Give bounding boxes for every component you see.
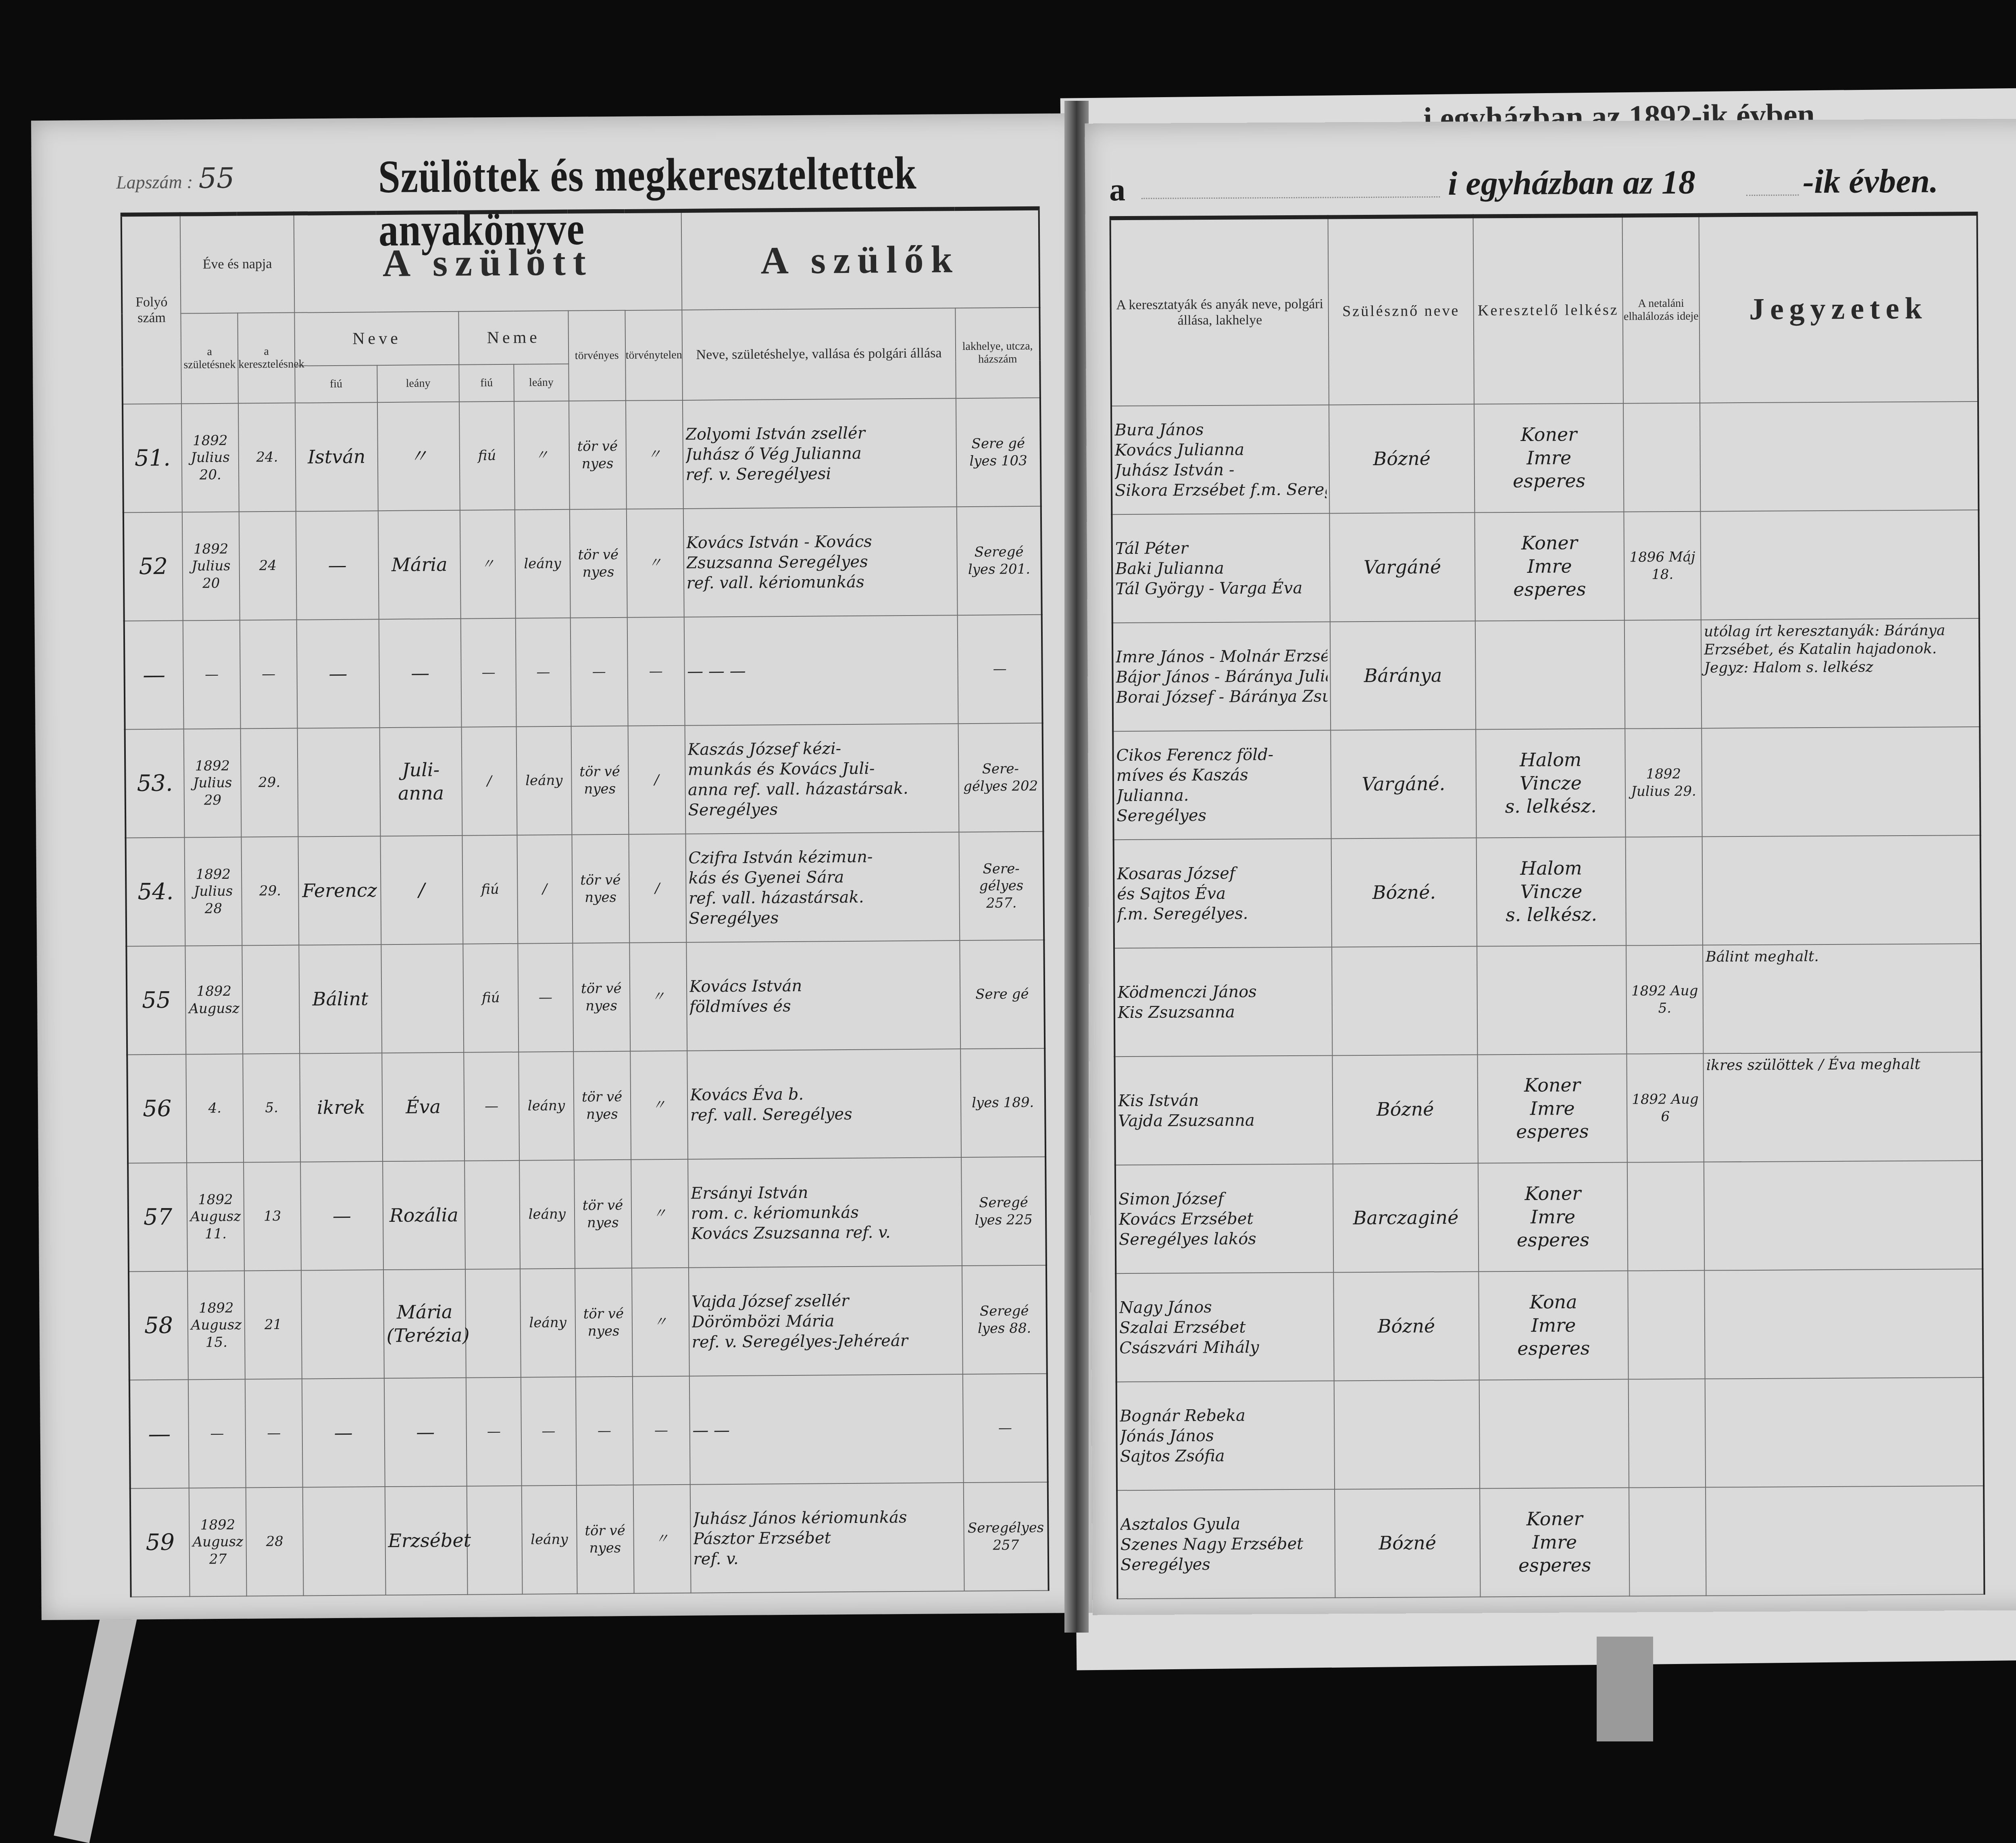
godparents-line: Nagy János: [1119, 1296, 1331, 1318]
parents-line: Dörömbözi Mária: [691, 1310, 960, 1332]
header-neve-fiu: fiú: [295, 365, 377, 403]
godparents-line: Tál Péter: [1115, 537, 1327, 559]
parents-line: Pásztor Erzsébet: [693, 1527, 961, 1549]
sex-boy: fiú: [463, 944, 519, 1053]
parents-line: anna ref. vall. házastársak.: [688, 778, 956, 800]
godparents-line: Bognár Rebeka: [1120, 1405, 1331, 1426]
residence: Sere-gélyes 202: [958, 723, 1043, 832]
godparents-line: Simon József: [1118, 1188, 1330, 1209]
parents-line: ref. vall. kériomunkás: [686, 571, 954, 593]
child-name-girl: /: [380, 836, 463, 944]
baptizing-priest: [1477, 946, 1627, 1055]
child-name-boy: —: [297, 619, 379, 728]
baptizing-priest-line: Imre: [1483, 1530, 1627, 1554]
baptizing-priest: KonerImreesperes: [1478, 1163, 1628, 1272]
header-kereszelo: Keresztelő lelkész: [1473, 216, 1623, 404]
godparents-line: és Sajtos Éva: [1117, 883, 1329, 904]
godparents: Ködmenczi JánosKis Zsuzsanna: [1114, 947, 1332, 1057]
parents-line: Kovács István - Kovács: [686, 531, 954, 553]
baptism-date: [242, 945, 300, 1054]
sex-girl: —: [516, 618, 571, 727]
death-date: 1896 Máj 18.: [1624, 512, 1701, 620]
child-name-boy: [298, 728, 380, 836]
sex-girl: leány: [520, 1269, 576, 1377]
godparents-line: Tál György - Varga Éva: [1115, 578, 1327, 599]
godparent-row: Bura JánosKovács JuliannaJuhász István -…: [1111, 401, 1979, 514]
sex-girl: leány: [522, 1485, 577, 1594]
parents-line: ref. vall. Seregélyes: [690, 1103, 958, 1125]
parents-line: ref. v.: [693, 1547, 961, 1569]
left-page-header: Lapszám :55 Szülöttek és megkereszteltet…: [31, 137, 1084, 193]
sex-girl: leány: [519, 1052, 574, 1161]
notes: [1704, 1161, 1983, 1271]
entry-number: 58: [129, 1271, 188, 1380]
godparents-line: Kosaras József: [1117, 863, 1329, 884]
parents: Kovács Istvánföldmíves és: [686, 940, 960, 1051]
sex-boy: [465, 1269, 521, 1378]
child-name-boy: —: [296, 511, 379, 620]
godparent-row: Bognár RebekaJónás JánosSajtos Zsófia: [1116, 1377, 1984, 1490]
midwife: Bózné: [1333, 1272, 1479, 1381]
godparents: Nagy JánosSzalai ErzsébetCsászvári Mihál…: [1116, 1272, 1334, 1382]
godparents-line: Jónás János: [1120, 1425, 1331, 1446]
child-name-girl: Erzsébet: [385, 1486, 467, 1595]
baptizing-priest-line: esperes: [1483, 1554, 1627, 1577]
notes: Bálint meghalt.: [1703, 944, 1981, 1054]
godparents-line: Sajtos Zsófia: [1120, 1445, 1332, 1466]
sex-boy: /: [462, 727, 517, 836]
birth-date: 1892 Julius 29: [184, 729, 242, 838]
header-a-szulok: A szülők: [681, 208, 1039, 310]
residence: Seregé lyes 88.: [962, 1265, 1047, 1374]
midwife: Bózné: [1329, 404, 1475, 514]
godparents-line: Szenes Nagy Erzsébet: [1120, 1533, 1332, 1555]
entry-number: —: [124, 621, 184, 730]
entry-number: 55: [126, 946, 186, 1055]
illegitimate: 〃: [632, 1268, 689, 1377]
birth-date: —: [183, 620, 241, 729]
godparents-line: Vajda Zsuzsanna: [1118, 1110, 1330, 1131]
parents-line: kás és Gyenei Sára: [689, 866, 957, 888]
legitimate: tör vé nyes: [572, 834, 629, 943]
header-keresztelesnek: a keresztelésnek: [237, 313, 295, 404]
header-folyo-szam: Folyó szám: [121, 214, 181, 404]
child-name-boy: István: [295, 402, 378, 511]
parents: Zolyomi István zsellérJuhász ő Vég Julia…: [682, 398, 956, 509]
child-name-boy: ikrek: [300, 1053, 382, 1162]
godparents-line: Seregélyes lakós: [1119, 1228, 1331, 1250]
parents-line: Kovács Éva b.: [690, 1083, 958, 1105]
sex-girl: leány: [515, 510, 571, 618]
baptizing-priest-line: esperes: [1481, 1120, 1624, 1144]
residence: Sere gé lyes 103: [956, 398, 1041, 507]
baptizing-priest-line: Koner: [1483, 1507, 1626, 1531]
parents: — — —: [684, 615, 958, 726]
register-row: 51.1892 Julius 20.24.István〃fiú〃tör vé n…: [123, 398, 1041, 513]
notes: [1700, 510, 1979, 620]
header-neme: Neme: [459, 311, 569, 365]
birth-date: —: [188, 1379, 246, 1488]
child-name-boy: [301, 1270, 384, 1379]
godparents: Bura JánosKovács JuliannaJuhász István -…: [1111, 405, 1329, 514]
header-szuleszno: Szülésznő neve: [1328, 216, 1474, 405]
header-a-szulott: A szülött: [294, 211, 682, 313]
birth-date: 1892 Augusz 11.: [187, 1163, 244, 1271]
midwife: Vargáné.: [1331, 730, 1476, 839]
child-name-boy: [303, 1487, 385, 1595]
baptizing-priest: [1475, 620, 1625, 730]
parents: — —: [689, 1374, 963, 1485]
death-date: 1892 Julius 29.: [1625, 728, 1702, 837]
header-elhalalozas: A netaláni elhalálozás ideje: [1622, 215, 1700, 404]
residence: Sere-gélyes 257.: [959, 832, 1044, 940]
parents-line: Juhász János kériomunkás: [693, 1507, 961, 1529]
godparent-row: Cikos Ferencz föld-míves és KaszásJulian…: [1113, 727, 1980, 840]
child-name-girl: Rozália: [383, 1161, 465, 1270]
notes: [1700, 401, 1979, 512]
godparent-row: Tál PéterBaki JuliannaTál György - Varga…: [1112, 510, 1979, 623]
right-register-body: Bura JánosKovács JuliannaJuhász István -…: [1111, 401, 1984, 1599]
godparents-line: Bura János: [1114, 419, 1326, 440]
midwife: [1334, 1380, 1480, 1489]
sex-girl: leány: [516, 726, 572, 835]
death-date: [1623, 403, 1700, 512]
header-keresztszulok: A keresztatyák és anyák neve, polgári ál…: [1110, 217, 1329, 406]
baptizing-priest: HalomVinczes. lelkész.: [1476, 729, 1625, 838]
sex-boy: 〃: [460, 510, 516, 619]
entry-number: 57: [128, 1163, 187, 1272]
illegitimate: 〃: [629, 942, 687, 1051]
header-neme-fiu: fiú: [459, 364, 514, 402]
legitimate: —: [570, 618, 628, 726]
godparents-line: Asztalos Gyula: [1120, 1513, 1332, 1535]
baptizing-priest-line: Vincze: [1479, 771, 1622, 795]
header-neve: Neve: [294, 312, 459, 366]
parents-line: Ersányi István: [691, 1182, 959, 1204]
baptizing-priest-line: Imre: [1477, 446, 1621, 470]
header-torvenytelen: törvénytelen: [625, 310, 683, 401]
birth-date: 1892 Julius 20.: [181, 404, 239, 512]
baptizing-priest-line: Koner: [1481, 1182, 1624, 1206]
godparents-line: Cikos Ferencz föld-: [1116, 744, 1328, 765]
child-name-boy: Ferencz: [298, 836, 381, 945]
birth-date: 1892 Augusz: [185, 946, 243, 1055]
left-register-body: 51.1892 Julius 20.24.István〃fiú〃tör vé n…: [123, 398, 1049, 1597]
godparents-line: Seregélyes: [1116, 805, 1328, 826]
entry-number: 59: [130, 1488, 190, 1597]
residence: lyes 189.: [960, 1048, 1045, 1157]
child-name-girl: 〃: [377, 402, 460, 511]
godparents-line: Borai József - Báránya Zsuzsanna földmív…: [1116, 686, 1328, 707]
parents-line: — —: [692, 1419, 960, 1441]
header-lakhelye: lakhelye, utcza, házszám: [955, 308, 1040, 398]
parents: Kovács Éva b.ref. vall. Seregélyes: [687, 1049, 961, 1159]
midwife: Bózné: [1335, 1489, 1480, 1598]
notes: ikres szülöttek / Éva meghalt: [1703, 1052, 1982, 1162]
parents-line: — — —: [687, 659, 955, 682]
baptizing-priest-line: Halom: [1479, 857, 1623, 880]
parents-line: Zolyomi István zsellér: [685, 422, 954, 445]
register-row: 521892 Julius 2024—Mária〃leánytör vé nye…: [123, 506, 1042, 621]
notes: [1704, 1269, 1983, 1379]
sex-girl: —: [521, 1377, 577, 1486]
birth-register-table: Folyó szám Éve és napja A szülött A szül…: [121, 206, 1050, 1598]
sex-boy: fiú: [462, 835, 518, 944]
parents-line: Seregélyes: [689, 907, 957, 929]
godparents: Kis IstvánVajda Zsuzsanna: [1114, 1055, 1333, 1165]
godparents: Imre János - Molnár ErzsébetBájor János …: [1112, 622, 1331, 731]
godparents-line: Bájor János - Báránya Julianna: [1116, 666, 1327, 687]
death-date: [1627, 1162, 1704, 1271]
baptism-date: 29.: [241, 728, 298, 837]
entry-number: 56: [127, 1055, 187, 1163]
birth-date: 1892 Augusz 15.: [187, 1271, 245, 1380]
residence: —: [958, 615, 1043, 724]
legitimate: tör vé nyes: [569, 401, 627, 510]
godparent-row: Ködmenczi JánosKis Zsuzsanna1892 Aug 5.B…: [1114, 944, 1981, 1057]
godparents: Cikos Ferencz föld-míves és KaszásJulian…: [1113, 730, 1331, 840]
baptizing-priest: [1479, 1379, 1629, 1489]
register-row: 571892 Augusz 11.13—Rozálialeánytör vé n…: [128, 1157, 1046, 1272]
sex-boy: fiú: [459, 401, 515, 510]
midwife: Vargáné: [1329, 513, 1475, 622]
sex-girl: leány: [519, 1160, 575, 1269]
baptizing-priest: KonerImreesperes: [1475, 512, 1624, 621]
child-name-girl: Éva: [382, 1053, 464, 1161]
parents: Kaszás József kézi-munkás és Kovács Juli…: [685, 724, 959, 834]
death-date: [1629, 1487, 1706, 1596]
entry-number: —: [129, 1380, 189, 1489]
godparents: Tál PéterBaki JuliannaTál György - Varga…: [1112, 513, 1330, 623]
illegitimate: 〃: [633, 1485, 691, 1593]
legitimate: tör vé nyes: [569, 509, 627, 618]
baptism-date: 13: [244, 1162, 301, 1271]
death-date: [1624, 620, 1702, 729]
baptism-date: 21: [244, 1271, 302, 1379]
sex-boy: [464, 1161, 520, 1269]
godparent-row: Simon JózsefKovács ErzsébetSeregélyes la…: [1115, 1161, 1983, 1273]
godparents: Kosaras Józsefés Sajtos Évaf.m. Seregély…: [1114, 838, 1332, 948]
parents-line: ref. v. Seregélyes-Jehéreár: [692, 1330, 960, 1352]
title-prefix: a: [1109, 172, 1125, 208]
child-name-girl: —: [384, 1378, 467, 1487]
baptizing-priest-line: esperes: [1482, 1337, 1625, 1360]
baptizing-priest-line: Imre: [1482, 1313, 1625, 1337]
register-row: 581892 Augusz 15.21Mária (Terézia)leányt…: [129, 1265, 1047, 1380]
baptizing-priest: HalomVinczes. lelkész.: [1477, 837, 1626, 946]
legitimate: tör vé nyes: [573, 1051, 631, 1160]
sex-girl: 〃: [514, 401, 570, 510]
baptizing-priest-line: esperes: [1478, 578, 1621, 601]
residence: Seregélyes 257: [964, 1482, 1049, 1591]
godparents-line: Seregélyes: [1120, 1554, 1332, 1575]
parents-line: rom. c. kériomunkás: [691, 1202, 959, 1224]
register-row: 53.1892 Julius 2929.Juli-anna/leánytör v…: [125, 723, 1043, 838]
residence: Seregé lyes 201.: [957, 506, 1042, 615]
baptism-date: —: [240, 620, 298, 729]
child-name-girl: Mária (Terézia): [383, 1269, 466, 1378]
baptizing-priest-line: Kona: [1482, 1290, 1625, 1314]
baptizing-priest-line: Imre: [1481, 1205, 1624, 1229]
parents-line: Vajda József zsellér: [691, 1290, 960, 1312]
midwife: Barczaginé: [1333, 1163, 1479, 1273]
godparents-line: Kovács Erzsébet: [1118, 1208, 1330, 1229]
godparent-row: Imre János - Molnár ErzsébetBájor János …: [1112, 618, 1980, 731]
notes: [1706, 1486, 1984, 1596]
parents-line: Juhász ő Vég Julianna: [685, 443, 954, 465]
parents-line: Kovács István: [689, 975, 957, 997]
legitimate: tör vé nyes: [571, 726, 629, 835]
godparents: Asztalos GyulaSzenes Nagy ErzsébetSeregé…: [1117, 1489, 1335, 1599]
illegitimate: —: [632, 1376, 690, 1485]
parents-line: Seregélyes: [688, 798, 956, 820]
header-neme-leany: leány: [514, 364, 569, 401]
birth-date: 1892 Augusz 27: [189, 1488, 247, 1597]
birth-date: 4.: [186, 1054, 244, 1163]
baptizing-priest-line: Imre: [1481, 1096, 1624, 1120]
book-spine: [1064, 101, 1089, 1633]
notes: [1705, 1377, 1984, 1487]
godparents-line: míves és Kaszás: [1116, 764, 1328, 786]
baptizing-priest: KonerImreesperes: [1480, 1488, 1629, 1597]
godparents-line: Kis Zsuzsanna: [1118, 1001, 1329, 1023]
child-name-girl: [381, 944, 464, 1053]
residence: Seregé lyes 225: [961, 1157, 1046, 1266]
child-name-boy: —: [300, 1161, 383, 1270]
baptizing-priest: KonaImreesperes: [1479, 1271, 1628, 1380]
godparents-line: Juhász István -: [1115, 459, 1327, 481]
legitimate: tör vé nyes: [575, 1268, 633, 1377]
midwife: [1332, 946, 1477, 1056]
child-name-boy: Bálint: [299, 944, 381, 1053]
header-jegyzetek: Jegyzetek: [1699, 214, 1978, 403]
title-church-year: i egyházban az 18: [1448, 163, 1695, 203]
baptizing-priest-line: [1480, 1000, 1624, 1001]
baptizing-priest-line: Koner: [1478, 531, 1621, 555]
midwife: Bózné.: [1331, 838, 1477, 947]
godparents-line: Baki Julianna: [1115, 557, 1327, 579]
notes: [1702, 727, 1980, 837]
parents-line: földmíves és: [689, 995, 958, 1017]
header-eve-es-napja: Éve és napja: [180, 214, 295, 314]
baptizing-priest-line: Koner: [1481, 1073, 1624, 1097]
sex-boy: —: [464, 1052, 519, 1161]
baptism-date: 24.: [238, 403, 296, 512]
book-holder: [1597, 1637, 1653, 1741]
register-row: 564.5.ikrekÉva—leánytör vé nyes〃Kovács É…: [127, 1048, 1045, 1163]
page-number-label: Lapszám :55: [116, 162, 235, 196]
parents-line: Czifra István kézimun-: [688, 846, 956, 868]
right-register-page: a i egyházban az 18 -ik évben. A kereszt…: [1085, 118, 2016, 1615]
godparents-table: A keresztatyák és anyák neve, polgári ál…: [1110, 212, 1985, 1599]
parents-line: Kovács Zsuzsanna ref. v.: [691, 1222, 959, 1244]
legitimate: tör vé nyes: [576, 1485, 634, 1594]
legitimate: tör vé nyes: [574, 1160, 632, 1269]
godparent-row: Kis IstvánVajda ZsuzsannaBóznéKonerImree…: [1114, 1052, 1982, 1165]
illegitimate: /: [629, 834, 686, 943]
register-row: —————————— ——: [129, 1374, 1048, 1489]
title-suffix: -ik évben.: [1803, 162, 1938, 202]
godparents-line: Imre János - Molnár Erzsébet: [1116, 646, 1327, 667]
register-row: 551892 AuguszBálintfiú—tör vé nyes〃Kovác…: [126, 940, 1045, 1055]
header-neve-leany: leány: [377, 365, 459, 402]
baptizing-priest: KonerImreesperes: [1477, 1054, 1627, 1163]
child-name-girl: —: [379, 619, 461, 728]
godparents-line: Sikora Erzsébet f.m. Seregélyes: [1115, 479, 1327, 501]
parents: Juhász János kériomunkásPásztor Erzsébet…: [690, 1483, 964, 1593]
sex-boy: —: [466, 1377, 522, 1486]
baptizing-priest-line: s. lelkész.: [1479, 795, 1622, 818]
parents: Vajda József zsellérDörömbözi Máriaref. …: [688, 1266, 962, 1376]
register-row: 591892 Augusz 2728Erzsébetleánytör vé ny…: [130, 1482, 1049, 1597]
register-row: 54.1892 Julius 2829.Ferencz/fiú/tör vé n…: [125, 832, 1044, 946]
baptism-date: 5.: [243, 1054, 300, 1163]
baptizing-priest-line: esperes: [1477, 469, 1621, 493]
child-name-girl: Mária: [378, 510, 460, 619]
child-name-girl: Juli-anna: [379, 727, 462, 836]
baptizing-priest-line: esperes: [1481, 1228, 1625, 1252]
sex-boy: [467, 1486, 523, 1595]
baptizing-priest-line: Vincze: [1479, 880, 1623, 903]
death-date: [1628, 1271, 1705, 1379]
year-dotted-line: [1746, 194, 1799, 196]
baptizing-priest-line: Koner: [1477, 423, 1620, 447]
godparents-line: Kis István: [1118, 1090, 1330, 1111]
parents-line: munkás és Kovács Juli-: [688, 758, 956, 780]
godparents: Simon JózsefKovács ErzsébetSeregélyes la…: [1115, 1164, 1333, 1273]
sex-girl: /: [517, 835, 573, 944]
godparents-line: Ködmenczi János: [1117, 981, 1329, 1003]
parents-line: Kaszás József kézi-: [687, 738, 956, 760]
title-dotted-line: [1141, 196, 1440, 199]
godparent-row: Kosaras Józsefés Sajtos Évaf.m. Seregély…: [1114, 835, 1981, 948]
birth-date: 1892 Julius 20: [182, 512, 240, 621]
godparents-line: Császvári Mihály: [1119, 1337, 1331, 1358]
godparents: Bognár RebekaJónás JánosSajtos Zsófia: [1116, 1381, 1335, 1490]
midwife: Báránya: [1330, 621, 1476, 730]
godparent-row: Asztalos GyulaSzenes Nagy ErzsébetSeregé…: [1117, 1486, 1984, 1599]
baptism-date: 24: [239, 512, 297, 620]
baptizing-priest-line: s. lelkész.: [1479, 903, 1623, 927]
notes: [1702, 835, 1981, 945]
death-date: [1626, 837, 1703, 946]
baptism-date: —: [245, 1379, 303, 1488]
baptizing-priest-line: Halom: [1479, 748, 1622, 772]
header-szuletesnek: a születésnek: [181, 313, 238, 404]
illegitimate: 〃: [630, 1051, 688, 1160]
entry-number: 51.: [123, 404, 182, 513]
page-number: 55: [198, 162, 235, 195]
right-page-header: a i egyházban az 18 -ik évben.: [1085, 142, 2016, 196]
register-row: —————————— — ——: [124, 615, 1043, 730]
parents-line: Zsuzsanna Seregélyes: [686, 551, 954, 573]
entry-number: 52: [123, 512, 183, 621]
parents-line: ref. vall. házastársak.: [689, 886, 957, 909]
midwife: Bózné: [1332, 1055, 1478, 1164]
legitimate: tör vé nyes: [573, 943, 630, 1052]
baptizing-priest: KonerImreesperes: [1474, 404, 1624, 513]
godparents-line: Kovács Julianna: [1114, 439, 1326, 460]
residence: —: [963, 1374, 1048, 1483]
godparents-line: Julianna.: [1116, 784, 1328, 806]
baptism-date: 28: [246, 1487, 304, 1596]
illegitimate: 〃: [625, 400, 683, 509]
birth-date: 1892 Julius 28: [185, 837, 242, 946]
godparent-row: Nagy JánosSzalai ErzsébetCsászvári Mihál…: [1116, 1269, 1983, 1382]
left-register-page: Lapszám :55 Szülöttek és megkereszteltet…: [31, 113, 1094, 1620]
sex-girl: —: [518, 943, 573, 1052]
parents: Kovács István - KovácsZsuzsanna Seregély…: [683, 507, 957, 617]
